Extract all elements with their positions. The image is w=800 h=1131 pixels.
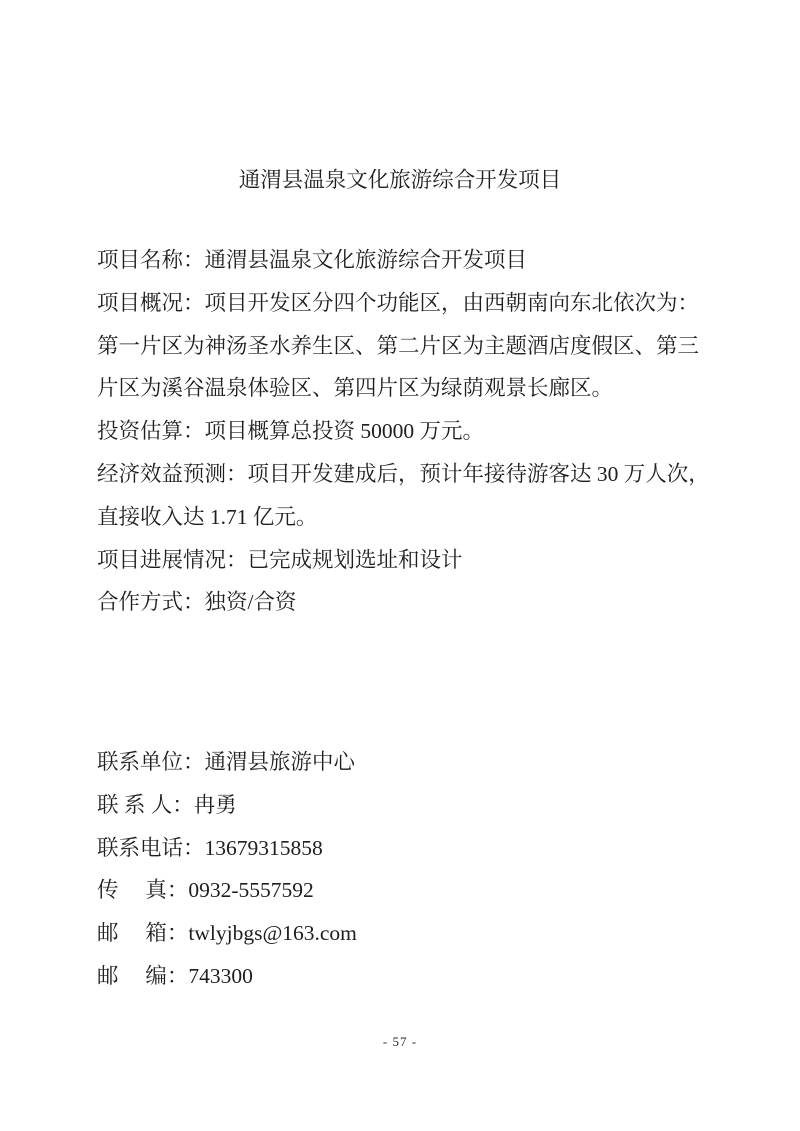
contact-person-line: 联 系 人：冉勇 xyxy=(97,784,709,827)
project-overview-line-3: 片区为溪谷温泉体验区、第四片区为绿荫观景长廊区。 xyxy=(97,367,709,410)
economic-benefit-line-1: 经济效益预测：项目开发建成后，预计年接待游客达 30 万人次， xyxy=(97,453,709,496)
contact-info-section: 联系单位：通渭县旅游中心 联 系 人：冉勇 联系电话：13679315858 传… xyxy=(97,741,709,998)
page-number: - 57 - xyxy=(0,1031,800,1053)
project-info-section: 项目名称：通渭县温泉文化旅游综合开发项目 项目概况：项目开发区分四个功能区，由西… xyxy=(97,239,709,624)
project-overview-line-2: 第一片区为神汤圣水养生区、第二片区为主题酒店度假区、第三 xyxy=(97,325,709,368)
postal-code-line: 邮 编：743300 xyxy=(97,955,709,998)
economic-benefit-line-2: 直接收入达 1.71 亿元。 xyxy=(97,496,709,539)
contact-phone-line: 联系电话：13679315858 xyxy=(97,827,709,870)
cooperation-mode-line: 合作方式：独资/合资 xyxy=(97,581,709,624)
fax-line: 传 真：0932-5557592 xyxy=(97,869,709,912)
contact-unit-line: 联系单位：通渭县旅游中心 xyxy=(97,741,709,784)
project-progress-line: 项目进展情况：已完成规划选址和设计 xyxy=(97,539,709,582)
project-name-line: 项目名称：通渭县温泉文化旅游综合开发项目 xyxy=(97,239,709,282)
investment-estimate-line: 投资估算：项目概算总投资 50000 万元。 xyxy=(97,410,709,453)
document-title: 通渭县温泉文化旅游综合开发项目 xyxy=(0,159,800,202)
project-overview-line-1: 项目概况：项目开发区分四个功能区，由西朝南向东北依次为： xyxy=(97,282,709,325)
document-page: 通渭县温泉文化旅游综合开发项目 项目名称：通渭县温泉文化旅游综合开发项目 项目概… xyxy=(0,0,800,1131)
email-line: 邮 箱：twlyjbgs@163.com xyxy=(97,912,709,955)
